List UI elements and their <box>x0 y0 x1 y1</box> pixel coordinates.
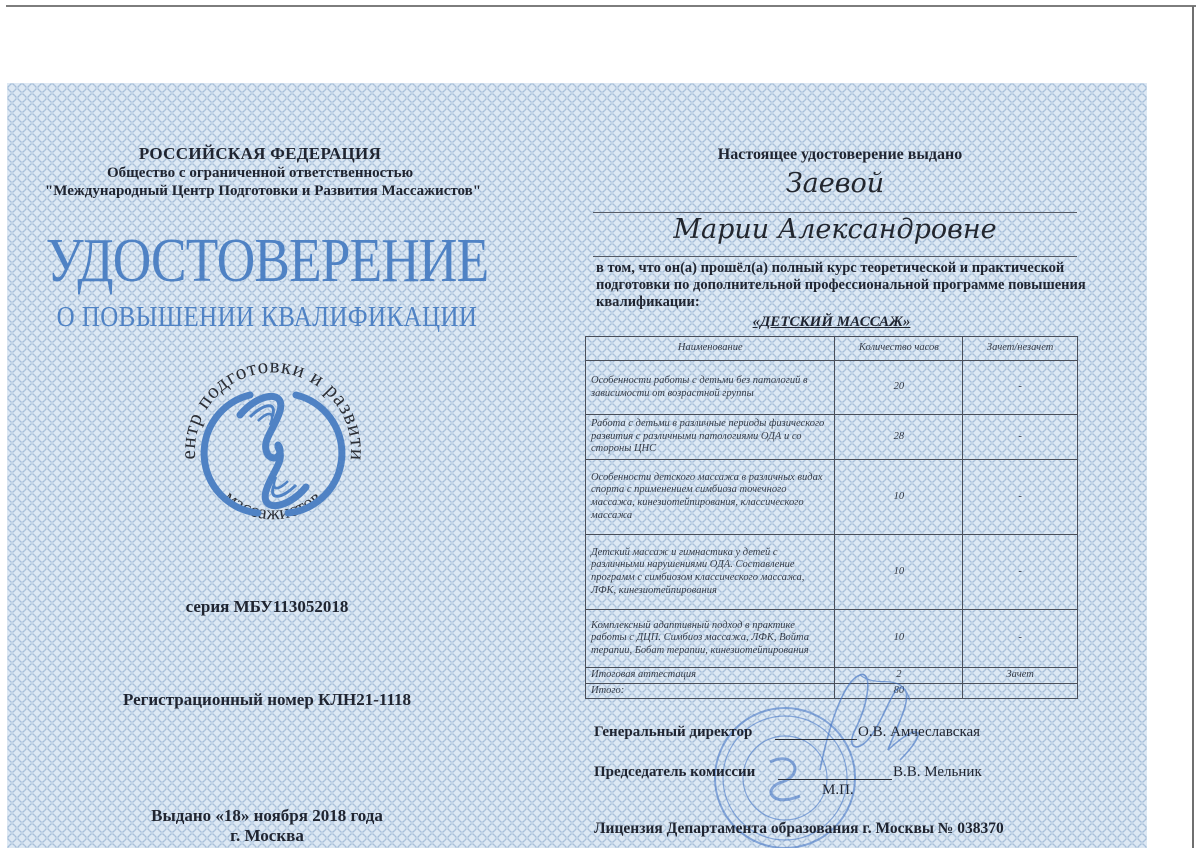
recipient-surname: Заевой <box>595 168 1075 199</box>
cell-hours: 20 <box>835 361 963 415</box>
document-title: УДОСТОВЕРЕНИЕ <box>37 230 496 292</box>
director-signature-line <box>775 739 857 740</box>
director-label: Генеральный директор <box>594 724 752 741</box>
given-names-underline <box>593 256 1077 257</box>
cell-result: - <box>963 460 1078 535</box>
issued-to-label: Настоящее удостоверение выдано <box>595 146 1085 164</box>
cell-name: Комплексный адаптивный подход в практике… <box>586 610 835 668</box>
recipient-given-names: Марии Александровне <box>595 214 1075 245</box>
surname-underline <box>593 212 1077 213</box>
cell-result <box>963 683 1078 699</box>
hands-circle-logo-icon: центр подготовки и развития массажистов <box>168 345 378 555</box>
cell-result: - <box>963 361 1078 415</box>
cell-hours: 10 <box>835 460 963 535</box>
issued-date: Выдано «18» ноября 2018 года <box>0 806 534 826</box>
document-subtitle: О ПОВЫШЕНИИ КВАЛИФИКАЦИИ <box>37 303 496 332</box>
cell-result: Зачет <box>963 668 1078 684</box>
issued-city: г. Москва <box>0 826 534 846</box>
chairman-name: В.В. Мельник <box>893 764 982 781</box>
cell-hours: 10 <box>835 610 963 668</box>
series-number: серия МБУ113052018 <box>0 597 534 617</box>
cell-name: Особенности детского массажа в различных… <box>586 460 835 535</box>
cell-result: - <box>963 610 1078 668</box>
director-name: О.В. Амчеславская <box>858 724 980 741</box>
course-statement: в том, что он(а) прошёл(а) полный курс т… <box>596 260 1086 311</box>
cell-name: Детский массаж и гимнастика у детей с ра… <box>586 535 835 610</box>
header-result: Зачет/незачет <box>963 337 1078 361</box>
course-hours-table: Наименование Количество часов Зачет/неза… <box>585 336 1078 699</box>
header-hours: Количество часов <box>835 337 963 361</box>
organization-name: "Международный Центр Подготовки и Развит… <box>0 183 526 200</box>
table-row: Особенности работы с детьми без патологи… <box>586 361 1078 415</box>
scan-edge-right <box>1192 6 1194 848</box>
license-number: Лицензия Департамента образования г. Мос… <box>594 820 1004 838</box>
table-row: Работа с детьми в различные периоды физи… <box>586 415 1078 460</box>
stamp-place-label: М.П. <box>822 782 854 799</box>
chairman-signature-line <box>778 779 892 780</box>
header-name: Наименование <box>586 337 835 361</box>
registration-number: Регистрационный номер КЛН21-1118 <box>0 690 534 710</box>
cell-name: Итоговая аттестация <box>586 668 835 684</box>
table-row: Детский массаж и гимнастика у детей с ра… <box>586 535 1078 610</box>
organization-type: Общество с ограниченной ответственностью <box>0 165 520 182</box>
table-header-row: Наименование Количество часов Зачет/неза… <box>586 337 1078 361</box>
cell-name: Особенности работы с детьми без патологи… <box>586 361 835 415</box>
cell-result: - <box>963 535 1078 610</box>
scan-edge-top <box>6 5 1196 7</box>
table-row: Комплексный адаптивный подход в практике… <box>586 610 1078 668</box>
country-heading: РОССИЙСКАЯ ФЕДЕРАЦИЯ <box>0 144 520 164</box>
cell-result: - <box>963 415 1078 460</box>
cell-name: Работа с детьми в различные периоды физи… <box>586 415 835 460</box>
cell-hours: 28 <box>835 415 963 460</box>
table-row: Особенности детского массажа в различных… <box>586 460 1078 535</box>
chairman-label: Председатель комиссии <box>594 764 755 781</box>
program-name: «ДЕТСКИЙ МАССАЖ» <box>585 314 1078 331</box>
cell-hours: 10 <box>835 535 963 610</box>
